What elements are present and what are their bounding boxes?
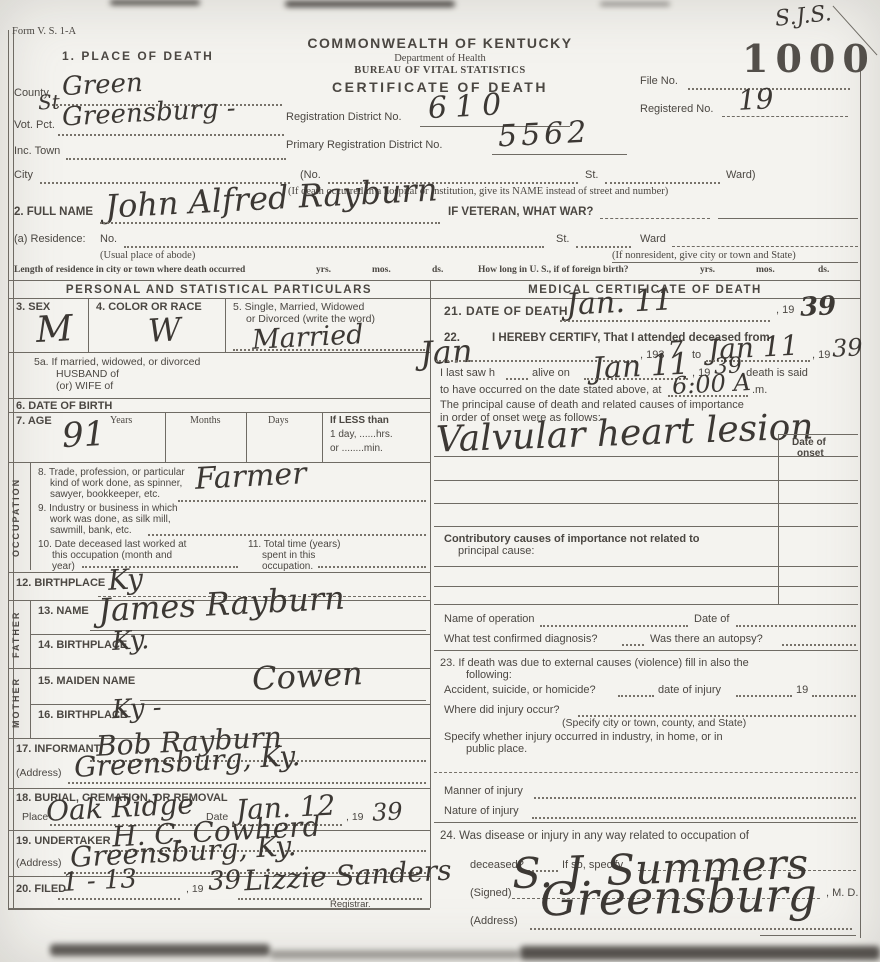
rule-line xyxy=(672,246,858,247)
residence-st-label: St. xyxy=(556,234,569,246)
nature-of-injury-label: Nature of injury xyxy=(444,806,519,818)
external-label-2: following: xyxy=(466,670,512,682)
scan-smudge xyxy=(285,1,455,7)
scanned-death-certificate: { "form_no": "Form V. S. 1-A", "stamp": … xyxy=(0,0,880,962)
mother-side-label: MOTHER xyxy=(11,674,21,732)
industry-label-1: 9. Industry or business in which xyxy=(38,504,178,515)
bureau-subtitle: BUREAU OF VITAL STATISTICS xyxy=(290,65,590,76)
occupation-side-label: OCCUPATION xyxy=(11,472,21,562)
ds-label: ds. xyxy=(432,266,443,276)
specify-injury-label-2: public place. xyxy=(466,744,527,756)
length-residence-label: Length of residence in city or town wher… xyxy=(14,266,245,276)
left-border-inner xyxy=(13,30,14,910)
md-suffix: , M. D. xyxy=(826,888,858,900)
attended-from-value: Jan xyxy=(419,335,473,370)
row-rule xyxy=(8,572,430,573)
married-to-label-3: (or) WIFE of xyxy=(56,381,113,392)
row-rule xyxy=(8,668,430,669)
rule-line xyxy=(492,154,627,155)
full-name-label: 2. FULL NAME xyxy=(14,206,93,218)
left-border-outer xyxy=(8,30,9,910)
last-worked-label-1: 10. Date deceased last worked at xyxy=(38,540,186,551)
residence-ward-label: Ward xyxy=(640,234,666,246)
father-birthplace-value: Ky. xyxy=(111,627,150,655)
full-name-value: John Alfred Rayburn xyxy=(104,173,438,222)
ds-label-2: ds. xyxy=(818,266,829,276)
married-to-label-1: 5a. If married, widowed, or divorced xyxy=(34,357,200,368)
date-of-onset-label-1: Date of xyxy=(792,438,826,449)
residence-label: (a) Residence: xyxy=(14,234,86,246)
manner-of-injury-label: Manner of injury xyxy=(444,786,523,798)
dotted-line xyxy=(66,158,286,160)
dotted-line xyxy=(622,644,644,646)
test-confirmed-label: What test confirmed diagnosis? xyxy=(444,634,597,646)
age-cell-divider xyxy=(322,412,323,462)
rule-line xyxy=(140,700,426,701)
contributory-rule xyxy=(434,604,858,605)
file-number-stamp: 1000 xyxy=(742,36,876,81)
filed-date-value: 1 - 13 xyxy=(61,866,137,896)
contributory-rule xyxy=(434,586,858,587)
mother-maiden-value: Cowen xyxy=(251,657,363,695)
onset-box-top-border xyxy=(778,434,858,435)
row-rule xyxy=(30,704,430,705)
to-year-value: 39 xyxy=(831,335,863,361)
scan-streak xyxy=(270,950,520,959)
primary-registration-label: Primary Registration District No. xyxy=(286,140,442,152)
industry-label-2: work was done, as silk mill, xyxy=(50,515,171,526)
dotted-line xyxy=(618,695,654,697)
place-of-death-title: 1. PLACE OF DEATH xyxy=(62,50,214,63)
dotted-line xyxy=(576,246,631,248)
total-time-label-3: occupation. xyxy=(262,562,313,573)
rule-line xyxy=(760,935,856,936)
father-side-label: FATHER xyxy=(11,606,21,662)
row-rule xyxy=(434,822,858,823)
row-rule xyxy=(8,412,430,413)
registration-district-label: Registration District No. xyxy=(286,112,402,124)
cause-of-death-value: Valvular heart lesion xyxy=(435,409,814,458)
nonresident-note: (If nonresident, give city or town and S… xyxy=(612,250,796,261)
undertaker-address-label: (Address) xyxy=(16,858,62,869)
veteran-label: IF VETERAN, WHAT WAR? xyxy=(448,206,593,218)
specify-injury-label-1: Specify whether injury occurred in indus… xyxy=(444,732,723,744)
trade-label-3: sawyer, bookkeeper, etc. xyxy=(50,490,160,501)
burial-place-label: Place xyxy=(22,812,48,823)
registered-no-value: 19 xyxy=(737,85,774,115)
dotted-line xyxy=(100,222,440,224)
county-value: Green xyxy=(61,70,143,100)
scan-streak xyxy=(520,946,880,960)
birthplace-label: 12. BIRTHPLACE xyxy=(16,578,105,590)
time-m-suffix: .m. xyxy=(752,385,767,397)
physician-address-value: Greensburg xyxy=(540,872,818,923)
time-of-death-value: 6:00 A xyxy=(671,370,751,398)
burial-year-value: 39 xyxy=(371,799,403,825)
total-time-label-2: spent in this xyxy=(262,551,315,562)
to-word: to xyxy=(692,350,701,362)
howlong-us-label: How long in U. S., if of foreign birth? xyxy=(478,266,629,276)
dotted-line xyxy=(668,395,748,397)
abode-note: (Usual place of abode) xyxy=(100,250,195,261)
dotted-line xyxy=(605,182,720,184)
married-to-label-2: HUSBAND of xyxy=(56,369,119,380)
dotted-line xyxy=(540,625,688,627)
voting-precinct-label: Vot. Pct. xyxy=(14,120,55,132)
signed-label: (Signed) xyxy=(470,888,512,900)
dotted-line xyxy=(782,644,856,646)
date-of-injury-label: date of injury xyxy=(658,685,721,697)
contributory-label-2: principal cause: xyxy=(458,546,534,558)
dotted-line xyxy=(560,320,770,322)
primary-registration-value: 5562 xyxy=(497,118,591,153)
filed-year-printed: , 19 xyxy=(186,884,204,895)
dotted-line xyxy=(506,378,528,380)
rule-line xyxy=(722,116,848,117)
dotted-line xyxy=(736,625,856,627)
dotted-line xyxy=(124,246,544,248)
row-rule xyxy=(30,634,430,635)
row-rule xyxy=(8,398,430,399)
occurred-label: to have occurred on the date stated abov… xyxy=(440,385,661,397)
cell-divider xyxy=(225,298,226,352)
inc-town-label: Inc. Town xyxy=(14,146,60,158)
last-saw-label-2: alive on xyxy=(532,368,570,380)
left-column-bottom-rule xyxy=(8,908,430,910)
row-rule xyxy=(434,650,858,651)
dotted-line xyxy=(812,695,856,697)
total-time-label-1: 11. Total time (years) xyxy=(248,540,340,551)
trade-label-2: kind of work done, as spinner, xyxy=(50,479,182,490)
operation-label: Name of operation xyxy=(444,614,535,626)
age-less-label-1: If LESS than xyxy=(330,416,389,427)
last-worked-label-3: year) xyxy=(52,562,75,573)
occupation-related-label: 24. Was disease or injury in any way rel… xyxy=(440,830,749,842)
contributory-rule xyxy=(434,566,858,567)
onset-box-left-border xyxy=(778,434,779,604)
city-label: City xyxy=(14,170,33,182)
mother-maiden-label: 15. MAIDEN NAME xyxy=(38,676,135,688)
external-label-1: 23. If death was due to external causes … xyxy=(440,658,749,670)
mos-label-2: mos. xyxy=(756,266,775,276)
registrar-signature: Lizzie Sanders xyxy=(243,857,452,896)
yrs-label-2: yrs. xyxy=(700,266,715,276)
specify-city-note: (Specify city or town, county, and State… xyxy=(562,718,746,729)
registered-no-label: Registered No. xyxy=(640,104,713,116)
injury-year-printed: 19 xyxy=(796,685,808,697)
sex-value: M xyxy=(35,311,74,349)
dotted-line xyxy=(58,134,284,136)
dotted-line xyxy=(82,566,238,568)
residence-no-label: No. xyxy=(100,234,117,246)
age-less-label-2: 1 day, ......hrs. xyxy=(330,430,393,441)
cause-rule xyxy=(434,503,858,504)
mother-birthplace-value: Ky - xyxy=(111,695,162,724)
row-rule xyxy=(8,352,430,353)
industry-label-3: sawmill, bank, etc. xyxy=(50,526,132,537)
row-rule xyxy=(8,788,430,789)
last-saw-label-1: I last saw h xyxy=(440,368,495,380)
scan-streak xyxy=(50,944,270,956)
clerk-initials: S.J.S. xyxy=(774,3,833,31)
where-injury-label: Where did injury occur? xyxy=(444,705,560,717)
header-bottom-rule xyxy=(8,298,860,299)
commonwealth-title: COMMONWEALTH OF KENTUCKY xyxy=(290,36,590,51)
last-worked-label-2: this occupation (month and xyxy=(52,551,172,562)
personal-section-header: PERSONAL AND STATISTICAL PARTICULARS xyxy=(8,284,430,296)
dotted-line xyxy=(58,898,180,900)
file-no-label: File No. xyxy=(640,76,678,88)
dotted-line xyxy=(318,566,426,568)
dotted-line xyxy=(68,782,426,784)
operation-date-label: Date of xyxy=(694,614,729,626)
age-months-header: Months xyxy=(190,416,221,427)
date-of-death-label: 21. DATE OF DEATH xyxy=(444,305,568,318)
burial-year-printed: , 19 xyxy=(346,812,364,823)
age-value: 91 xyxy=(61,417,106,453)
rule-line xyxy=(600,218,710,219)
age-less-label-3: or ........min. xyxy=(330,444,383,455)
side-strip-divider xyxy=(30,668,31,738)
filed-label: 20. FILED xyxy=(16,884,66,896)
column-divider xyxy=(430,280,431,908)
dotted-line xyxy=(532,817,856,819)
trade-value: Farmer xyxy=(194,459,307,495)
dotted-line xyxy=(233,349,425,351)
age-cell-divider xyxy=(246,412,247,462)
cell-divider xyxy=(88,298,89,352)
scan-smudge xyxy=(110,0,200,5)
informant-address-label: (Address) xyxy=(16,768,62,779)
yrs-label: yrs. xyxy=(316,266,331,276)
voting-precinct-value: Greensburg - xyxy=(61,95,236,130)
age-label: 7. AGE xyxy=(16,416,52,428)
accident-label: Accident, suicide, or homicide? xyxy=(444,685,596,697)
mos-label: mos. xyxy=(372,266,391,276)
marital-label-1: 5. Single, Married, Widowed xyxy=(233,302,364,313)
dotted-line xyxy=(530,928,852,930)
dotted-line xyxy=(148,534,426,536)
side-strip-divider xyxy=(30,462,31,570)
dotted-line xyxy=(534,797,856,799)
dotted-line xyxy=(178,500,426,502)
right-border xyxy=(860,58,861,938)
to-year-printed: , 19 xyxy=(812,350,830,362)
age-years-header: Years xyxy=(110,416,132,427)
st-handwritten-mark: St xyxy=(37,91,60,112)
date-of-onset-label-2: onset xyxy=(797,449,824,460)
death-year-printed: , 19 xyxy=(776,305,794,317)
age-cell-divider xyxy=(165,412,166,462)
cause-rule xyxy=(434,480,858,481)
contributory-label-1: Contributory causes of importance not re… xyxy=(444,534,699,546)
physician-address-label: (Address) xyxy=(470,916,518,928)
filed-year-value: 39 xyxy=(207,867,241,895)
certificate-page: Form V. S. 1-A 1. PLACE OF DEATH County … xyxy=(0,0,880,962)
rule-line xyxy=(718,218,858,219)
age-days-header: Days xyxy=(268,416,289,427)
date-of-birth-label: 6. DATE OF BIRTH xyxy=(16,401,112,413)
section-top-rule xyxy=(8,280,860,281)
cause-rule xyxy=(434,526,858,527)
department-subtitle: Department of Health xyxy=(290,53,590,64)
dashed-separator xyxy=(434,772,858,773)
scan-smudge xyxy=(600,2,670,6)
cause-rule xyxy=(434,456,858,457)
autopsy-label: Was there an autopsy? xyxy=(650,634,763,646)
date-of-death-value: Jan. 11 xyxy=(565,285,673,321)
city-st-label: St. xyxy=(585,170,598,182)
city-ward-paren: Ward) xyxy=(726,170,756,182)
trade-label-1: 8. Trade, profession, or particular xyxy=(38,468,185,479)
rule-line xyxy=(612,262,858,263)
form-number: Form V. S. 1-A xyxy=(12,26,76,37)
father-name-label: 13. NAME xyxy=(38,606,89,618)
death-year-value: 39 xyxy=(799,293,836,321)
dotted-line xyxy=(736,695,792,697)
color-race-value: W xyxy=(147,313,182,347)
